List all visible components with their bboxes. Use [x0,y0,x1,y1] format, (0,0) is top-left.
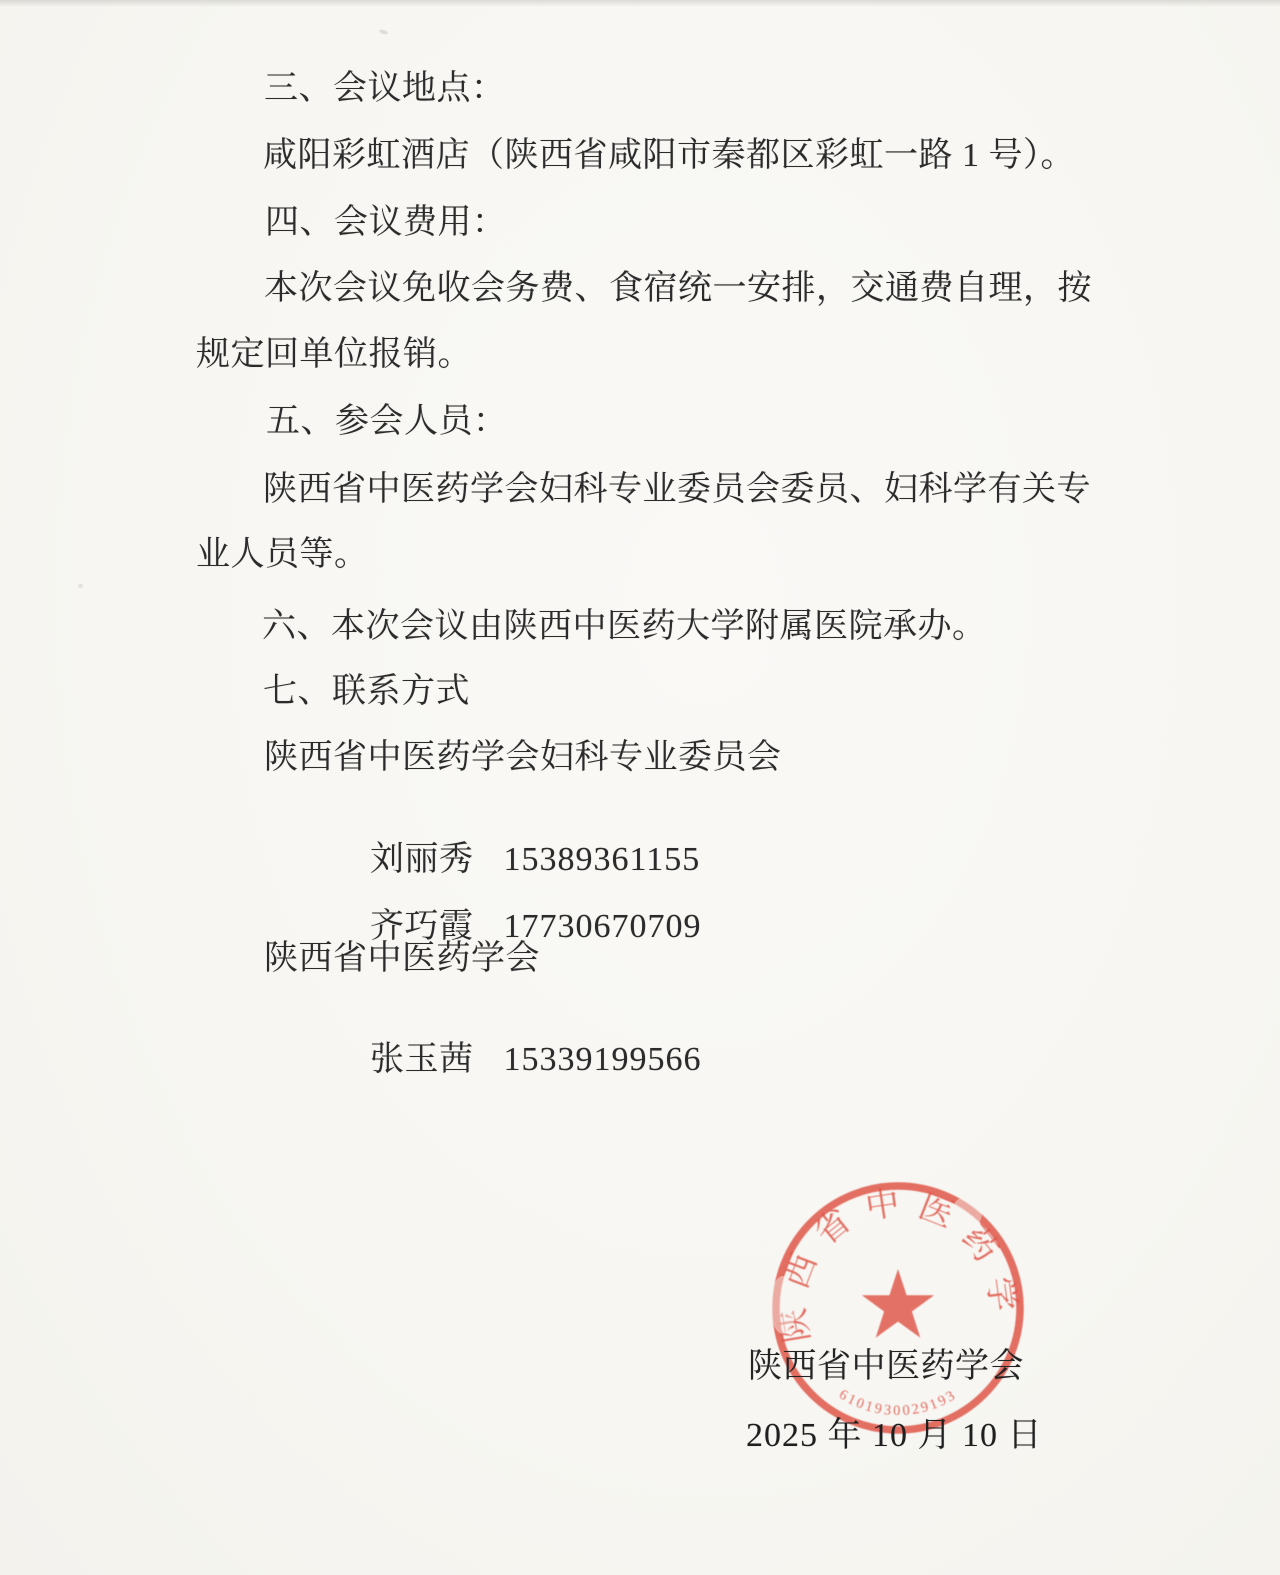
venue-line: 咸阳彩虹酒店（陕西省咸阳市秦都区彩虹一路 1 号）。 [263,139,1075,173]
scan-edge-shadow [0,0,1280,7]
heading-attendees: 五、参会人员： [266,405,508,439]
official-seal: 陕西省中医药学会 6101930029193 [766,1180,1030,1440]
fee-line-1: 本次会议免收会务费、食宿统一安排，交通费自理，按 [264,272,1092,306]
signature-org: 陕西省中医药学会 [748,1350,1024,1384]
contact-phone: 15339199566 [504,1041,702,1078]
attendees-line-1: 陕西省中医药学会妇科专业委员会委员、妇科学有关专 [263,473,1091,507]
association-name-line: 陕西省中医药学会 [264,942,540,976]
organizer-line: 六、本次会议由陕西中医药大学附属医院承办。 [262,610,987,644]
seal-code-text: 6101930029193 [836,1387,960,1419]
signature-date: 2025 年 10 月 10 日 [746,1419,1043,1453]
committee-name-line: 陕西省中医药学会妇科专业委员会 [264,741,782,775]
contact-row: 张玉茜15339199566 [334,1009,702,1111]
seal-star [862,1269,934,1338]
contact-name: 刘丽秀 [370,841,474,878]
attendees-line-2: 业人员等。 [196,538,369,572]
heading-contact-info: 七、联系方式 [263,675,470,709]
contact-name: 张玉茜 [370,1041,474,1078]
contact-phone: 15389361155 [504,841,701,878]
document-page: 三、会议地点： 咸阳彩虹酒店（陕西省咸阳市秦都区彩虹一路 1 号）。 四、会议费… [0,0,1280,1575]
heading-meeting-location: 三、会议地点： [264,72,506,106]
scan-speck [379,29,389,36]
scan-speck [78,584,83,588]
heading-meeting-fee: 四、会议费用： [265,206,507,240]
fee-line-2: 规定回单位报销。 [196,338,472,372]
